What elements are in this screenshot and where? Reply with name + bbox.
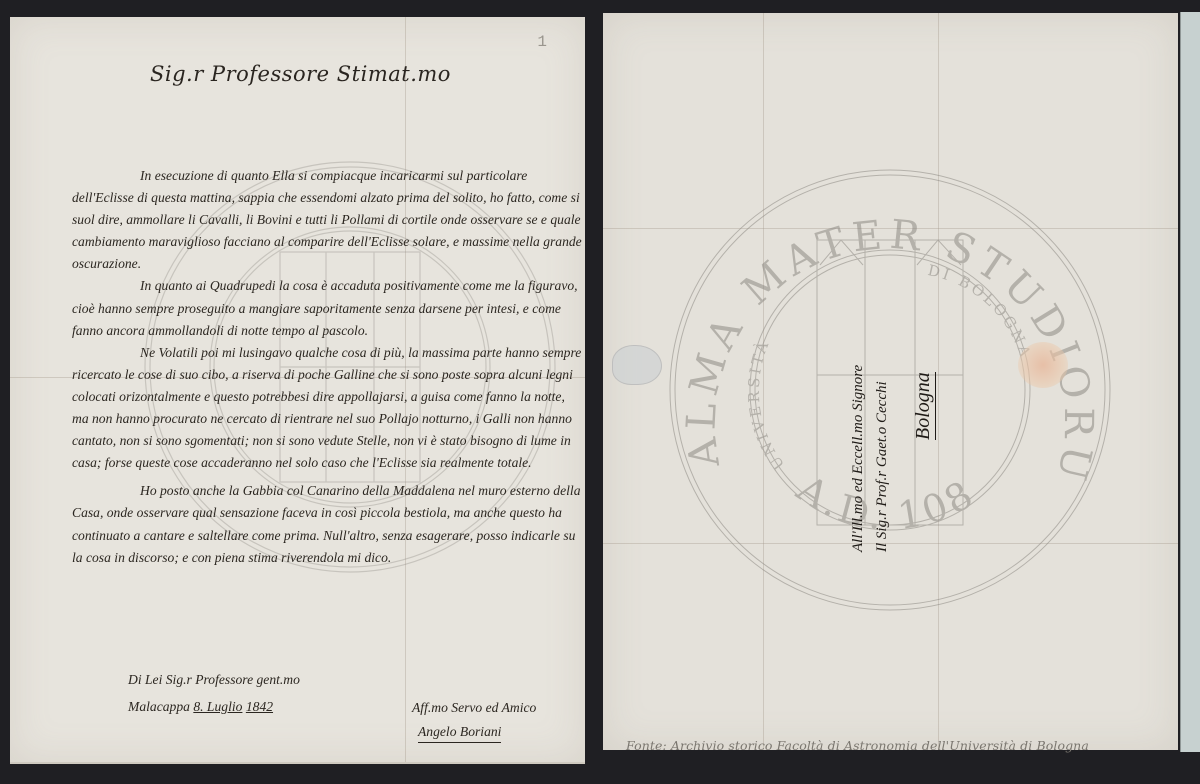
signature: Angelo Boriani [418, 724, 501, 743]
address-city: Bologna [912, 372, 936, 440]
letter-body: In esecuzione di quanto Ella si compiacq… [72, 165, 582, 569]
sign-off: Aff.mo Servo ed Amico [412, 700, 582, 716]
address-block: All'Ill.mo ed Eccell.mo Signore Il Sig.r… [840, 240, 960, 570]
letter-date-day-month: 8. Luglio [193, 699, 242, 714]
paper-fold-line [603, 228, 1178, 229]
letter-paragraph: In esecuzione di quanto Ella si compiacq… [72, 165, 582, 275]
wax-seal-stain [1018, 342, 1068, 388]
page-number: 1 [537, 33, 547, 51]
address-line-2: Il Sig.r Prof.r Gaet.o Cecchi [874, 381, 891, 552]
letter-paragraph: Ne Volatili poi mi lusingavo qualche cos… [72, 342, 582, 475]
letter-page-left: 1 Sig.r Professore Stimat.mo In esecuzio… [10, 17, 585, 764]
paper-tear-mark [612, 345, 662, 385]
paper-fold-line [763, 13, 764, 750]
source-caption: Fonte: Archivio storico Facoltà di Astro… [626, 738, 1089, 753]
page-edge-strip [1180, 12, 1200, 752]
letter-date-year: 1842 [246, 699, 273, 714]
signature-block: Aff.mo Servo ed Amico Angelo Boriani [412, 700, 582, 743]
letter-paragraph: Ho posto anche la Gabbia col Canarino de… [72, 480, 582, 568]
letter-paragraph: In quanto ai Quadrupedi la cosa è accadu… [72, 275, 582, 341]
address-line-1: All'Ill.mo ed Eccell.mo Signore [850, 365, 867, 552]
letter-closing: Di Lei Sig.r Professore gent.mo [128, 672, 300, 688]
letter-place: Malacappa [128, 699, 190, 714]
letter-salutation: Sig.r Professore Stimat.mo [150, 62, 451, 86]
place-and-date: Malacappa 8. Luglio 1842 [128, 699, 273, 715]
